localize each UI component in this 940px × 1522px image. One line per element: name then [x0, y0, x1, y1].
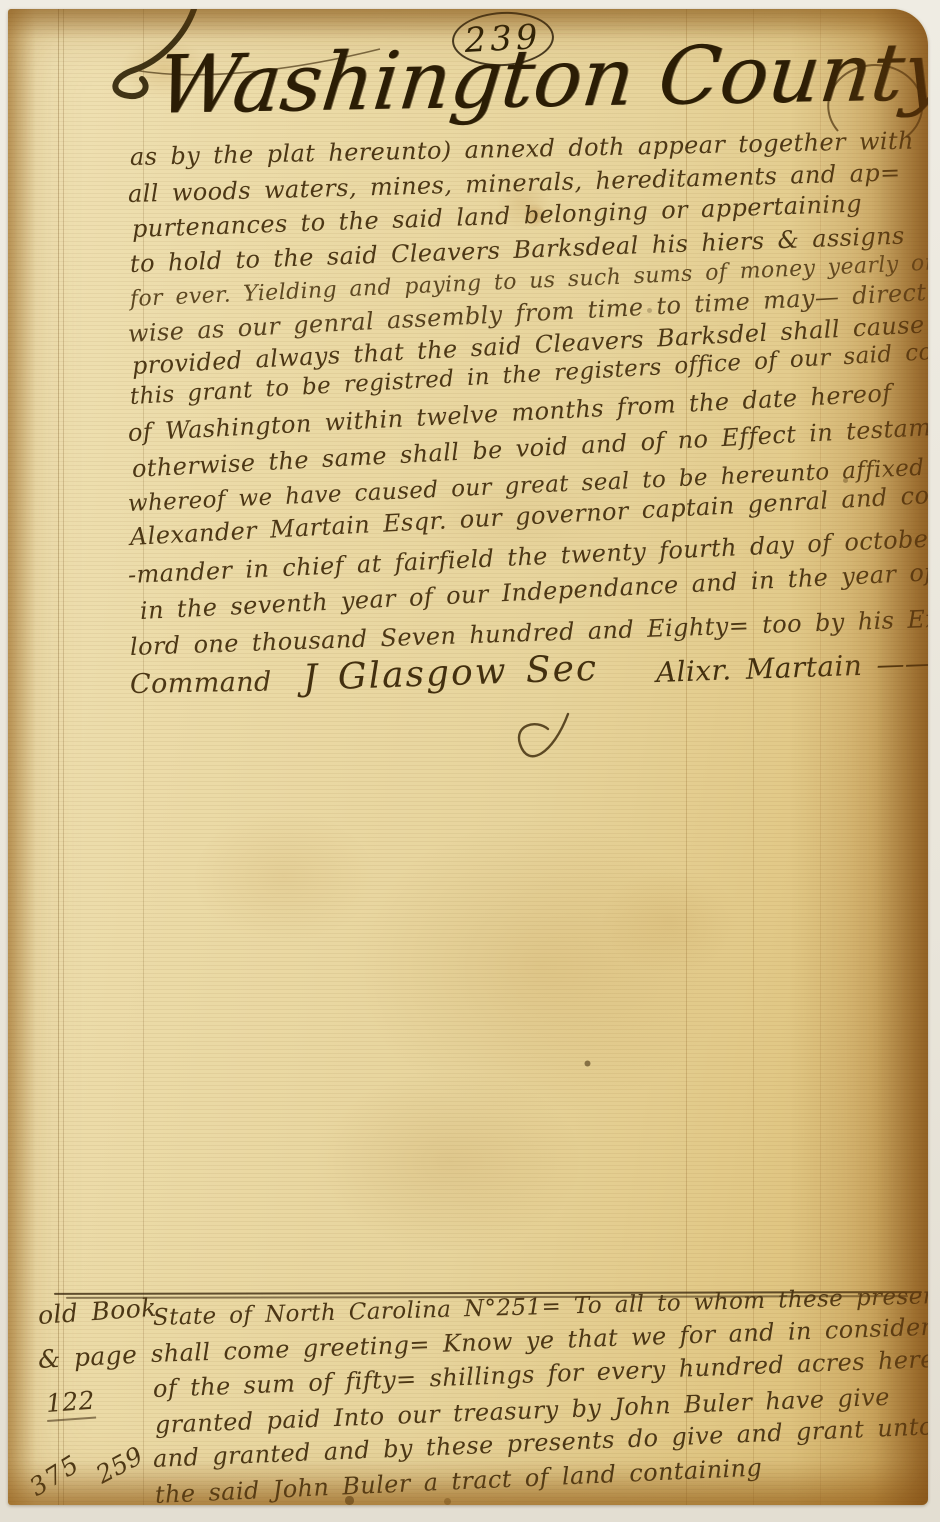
page-edge-darkening [8, 9, 928, 1505]
document-page: 239 Washington County as by the plat her… [8, 9, 928, 1505]
scanned-ledger-image: 239 Washington County as by the plat her… [0, 0, 940, 1522]
